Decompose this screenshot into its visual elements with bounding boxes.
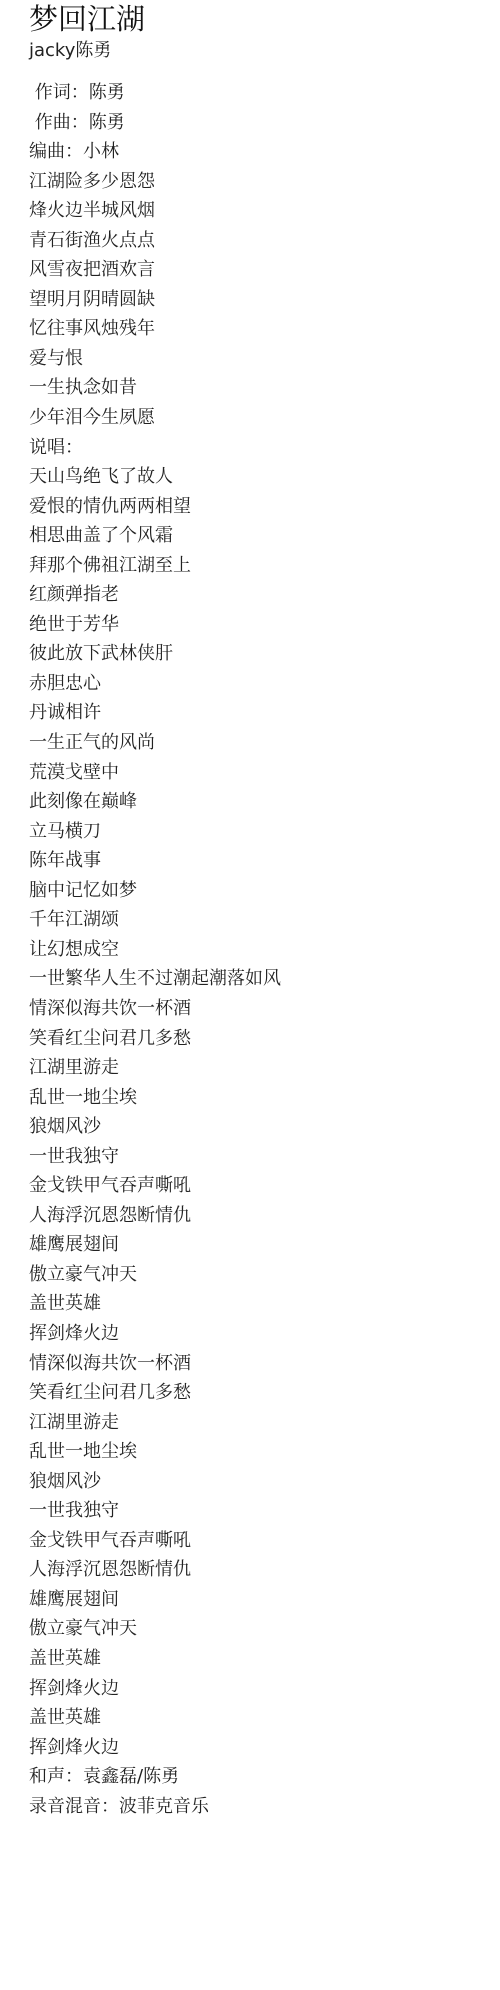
lyric-line: 江湖里游走 [29,1408,500,1438]
song-title: 梦回江湖 [29,0,500,38]
lyric-line: 人海浮沉恩怨断情仇 [29,1555,500,1585]
lyric-line: 一世我独守 [29,1142,500,1172]
lyric-line: 盖世英雄 [29,1644,500,1674]
lyric-line: 脑中记忆如梦 [29,876,500,906]
lyric-line: 烽火边半城风烟 [29,196,500,226]
lyric-line: 挥剑烽火边 [29,1319,500,1349]
lyric-line: 狼烟风沙 [29,1112,500,1142]
lyric-line: 荒漠戈壁中 [29,758,500,788]
lyric-line: 作词：陈勇 [29,78,500,108]
lyric-line: 爱与恨 [29,344,500,374]
lyric-line: 相思曲盖了个风霜 [29,521,500,551]
lyric-line: 盖世英雄 [29,1289,500,1319]
lyric-line: 红颜弹指老 [29,580,500,610]
lyric-line: 让幻想成空 [29,935,500,965]
lyric-line: 绝世于芳华 [29,610,500,640]
lyric-line: 江湖里游走 [29,1053,500,1083]
lyric-line: 立马横刀 [29,817,500,847]
lyric-line: 挥剑烽火边 [29,1674,500,1704]
lyric-line: 编曲：小林 [29,137,500,167]
lyric-line: 一生执念如昔 [29,373,500,403]
lyric-line: 一世我独守 [29,1496,500,1526]
lyric-line: 青石街渔火点点 [29,226,500,256]
lyric-line: 拜那个佛祖江湖至上 [29,551,500,581]
lyric-line: 少年泪今生夙愿 [29,403,500,433]
lyric-line: 陈年战事 [29,846,500,876]
lyric-line: 挥剑烽火边 [29,1733,500,1763]
lyric-line: 彼此放下武林侠肝 [29,639,500,669]
lyric-line: 笑看红尘问君几多愁 [29,1378,500,1408]
lyric-line: 爱恨的情仇两两相望 [29,492,500,522]
lyrics-page: 梦回江湖 jacky陈勇 作词：陈勇 作曲：陈勇编曲：小林江湖险多少恩怨烽火边半… [29,0,500,1837]
lyric-line: 录音混音：波菲克音乐 [29,1792,500,1822]
lyric-line: 狼烟风沙 [29,1467,500,1497]
lyric-line: 人海浮沉恩怨断情仇 [29,1201,500,1231]
lyric-line: 风雪夜把酒欢言 [29,255,500,285]
artist-name: jacky陈勇 [29,38,500,64]
lyric-line: 说唱： [29,433,500,463]
lyric-line: 乱世一地尘埃 [29,1083,500,1113]
lyric-line: 作曲：陈勇 [29,108,500,138]
lyric-line: 雄鹰展翅间 [29,1585,500,1615]
lyric-line: 盖世英雄 [29,1703,500,1733]
lyric-line: 情深似海共饮一杯酒 [29,994,500,1024]
lyric-line: 赤胆忠心 [29,669,500,699]
lyric-line: 情深似海共饮一杯酒 [29,1349,500,1379]
lyric-line: 金戈铁甲气吞声嘶吼 [29,1171,500,1201]
lyric-line: 望明月阴晴圆缺 [29,285,500,315]
lyric-line: 忆往事风烛残年 [29,314,500,344]
lyric-line: 天山鸟绝飞了故人 [29,462,500,492]
lyric-line: 傲立豪气冲天 [29,1614,500,1644]
lyric-line: 和声：袁鑫磊/陈勇 [29,1762,500,1792]
lyric-line: 江湖险多少恩怨 [29,167,500,197]
lyric-line: 千年江湖颂 [29,905,500,935]
lyric-line: 雄鹰展翅间 [29,1230,500,1260]
lyric-line: 乱世一地尘埃 [29,1437,500,1467]
lyric-line: 傲立豪气冲天 [29,1260,500,1290]
lyric-line: 笑看红尘问君几多愁 [29,1024,500,1054]
lyric-line: 此刻像在巅峰 [29,787,500,817]
lyrics-list: 作词：陈勇 作曲：陈勇编曲：小林江湖险多少恩怨烽火边半城风烟青石街渔火点点风雪夜… [29,78,500,1821]
lyric-line: 丹诚相许 [29,698,500,728]
lyric-line: 一世繁华人生不过潮起潮落如风 [29,964,500,994]
lyric-line: 一生正气的风尚 [29,728,500,758]
lyric-line: 金戈铁甲气吞声嘶吼 [29,1526,500,1556]
